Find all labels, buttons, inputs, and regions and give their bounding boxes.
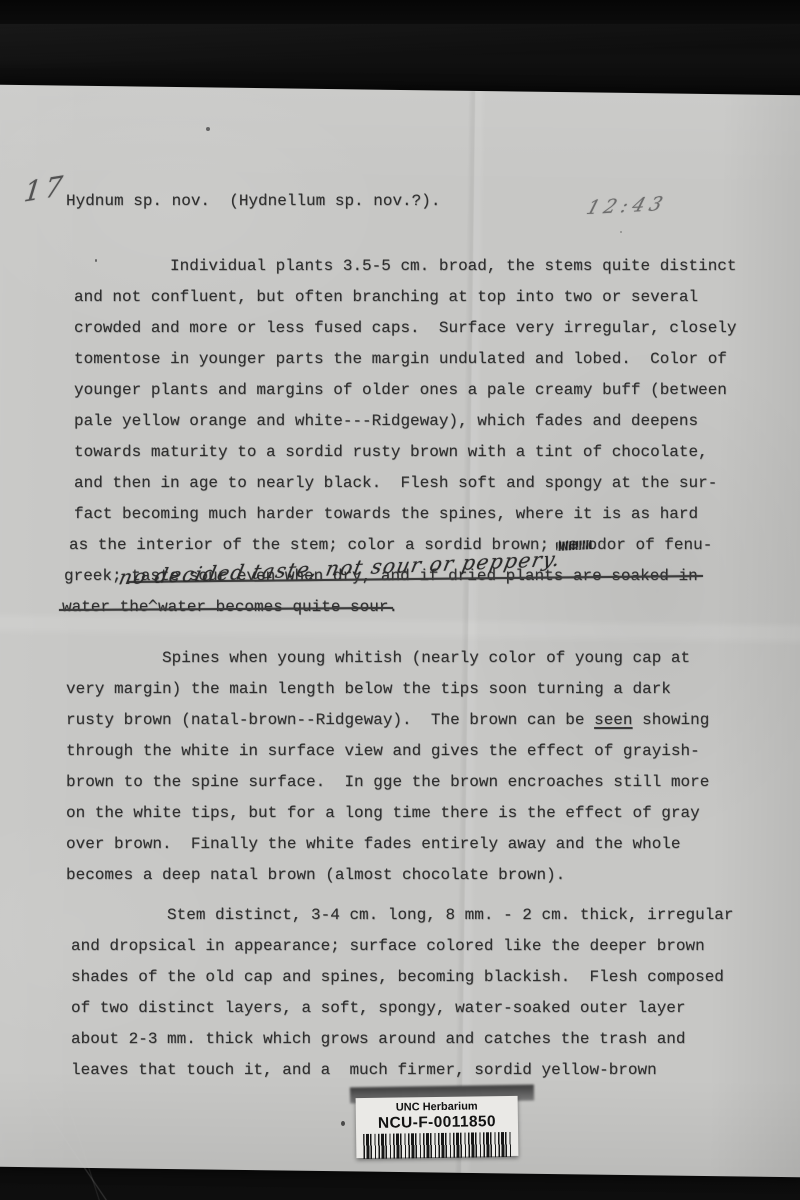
typed-text: rusty brown (natal-brown--Ridgeway). The…	[66, 711, 594, 729]
handwritten-page-number: 17	[22, 170, 68, 209]
typed-document: 17 Hydnum sp. nov. (Hydnellum sp. nov.?)…	[0, 0, 800, 1200]
typed-line: leaves that touch it, and a much firmer,…	[71, 1055, 734, 1086]
typed-line: through the white in surface view and gi…	[66, 736, 709, 767]
typed-line: very margin) the main length below the t…	[66, 674, 709, 705]
typed-line: and then in age to nearly black. Flesh s…	[74, 468, 737, 499]
species-heading: Hydnum sp. nov. (Hydnellum sp. nov.?).	[66, 186, 440, 217]
herbarium-label: UNC Herbarium NCU-F-0011850	[356, 1096, 519, 1158]
typed-line: pale yellow orange and white---Ridgeway)…	[74, 406, 737, 437]
typed-line: crowded and more or less fused caps. Sur…	[74, 313, 737, 344]
typed-line: younger plants and margins of older ones…	[74, 375, 737, 406]
typed-line: on the white tips, but for a long time t…	[66, 798, 709, 829]
typed-text: showing	[633, 711, 710, 729]
typed-line: about 2-3 mm. thick which grows around a…	[71, 1024, 734, 1055]
typed-line: fact becoming much harder towards the sp…	[74, 499, 737, 530]
struck-text: water the water becomes quite sour	[62, 592, 388, 623]
paragraph-2-lines-a: Spines when young whitish (nearly color …	[66, 643, 709, 705]
underlined-word: seen	[594, 711, 632, 729]
typed-line: Spines when young whitish (nearly color …	[66, 643, 709, 674]
typed-line: and dropsical in appearance; surface col…	[71, 931, 734, 962]
paragraph-2-lines-b: through the white in surface view and gi…	[66, 736, 709, 891]
label-barcode-number: NCU-F-0011850	[356, 1113, 518, 1132]
typed-line-seen: rusty brown (natal-brown--Ridgeway). The…	[66, 705, 709, 736]
paragraph-1-lines: Individual plants 3.5-5 cm. broad, the s…	[74, 251, 737, 530]
typed-line: brown to the spine surface. In gge the b…	[66, 767, 709, 798]
typed-line: and not confluent, but often branching a…	[74, 282, 737, 313]
typed-line-water: water the water becomes quite sour.	[62, 592, 737, 623]
paragraph-3-lines: Stem distinct, 3-4 cm. long, 8 mm. - 2 c…	[71, 900, 734, 1086]
typed-line: over brown. Finally the white fades enti…	[66, 829, 709, 860]
paper-speck	[206, 127, 210, 131]
insertion-caret: ^	[147, 589, 159, 626]
typed-line: tomentose in younger parts the margin un…	[74, 344, 737, 375]
typed-line: towards maturity to a sordid rusty brown…	[74, 437, 737, 468]
typed-line: shades of the old cap and spines, becomi…	[71, 962, 734, 993]
penciled-number: 12:43	[582, 189, 671, 225]
paper-speck	[341, 1121, 345, 1126]
paragraph-2: Spines when young whitish (nearly color …	[66, 643, 709, 891]
typed-line: Individual plants 3.5-5 cm. broad, the s…	[74, 251, 737, 282]
paper-speck	[620, 231, 622, 233]
paper-speck	[95, 259, 97, 262]
barcode-icon	[363, 1132, 511, 1159]
typed-line: becomes a deep natal brown (almost choco…	[66, 860, 709, 891]
typed-line: of two distinct layers, a soft, spongy, …	[71, 993, 734, 1024]
paragraph-3: Stem distinct, 3-4 cm. long, 8 mm. - 2 c…	[71, 900, 734, 1086]
typed-line: Stem distinct, 3-4 cm. long, 8 mm. - 2 c…	[71, 900, 734, 931]
typed-text: odor of fenu-	[578, 536, 712, 554]
